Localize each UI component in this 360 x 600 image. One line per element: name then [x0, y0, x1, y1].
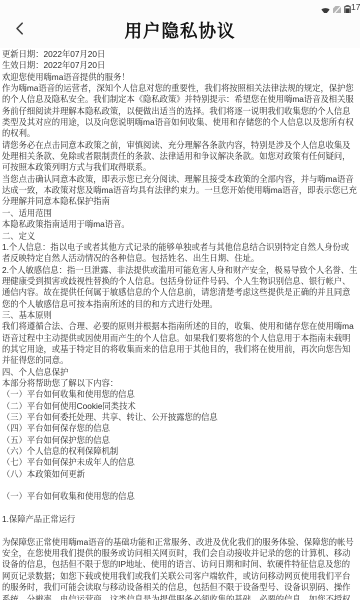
policy-line: 者反映特定自然人活动情况的各种信息。包括姓名、出生日期、住址。	[2, 253, 360, 264]
policy-line: 处理相关条款、免除或者限制责任的条款、法律适用和争议解决条款。如您对政策有任何疑…	[2, 151, 360, 162]
policy-line: 请您务必在点击同意本政策之前，审慎阅读、充分理解各条款内容，特别是涉及个人信息收…	[2, 140, 360, 151]
policy-line: 生效日期：2022年07月20日	[2, 60, 360, 71]
policy-line: 作为嗨ma语音的运营者，深知个人信息对您的重要性，我们将按照相关法律法规的规定，…	[2, 83, 360, 94]
policy-line	[2, 503, 360, 514]
status-bar: 17	[0, 0, 360, 13]
policy-line: （一）平台如何收集和使用您的信息	[2, 389, 360, 400]
policy-line: 系统、分辨率、电信运营商。这类信息是为提供服务必须收集的基础、必要的信息。如您不…	[2, 594, 360, 600]
policy-line: 1.保障产品正常运行	[2, 514, 360, 525]
policy-line: 四、个人信息保护	[2, 367, 360, 378]
policy-line: （七）平台如何保护未成年人的信息	[2, 457, 360, 468]
policy-line: 2.个人敏感信息：指一旦泄露、非法提供或滥用可能危害人身和财产安全，极易导致个人…	[2, 265, 360, 276]
policy-line: 并征得您的同意。	[2, 355, 360, 366]
policy-line: （五）平台如何保护您的信息	[2, 435, 360, 446]
policy-line: 您的个人敏感信息可按本指南所述的目的和方式进行处理。	[2, 299, 360, 310]
policy-line: 可按照本政策列明方式与我们取得联系。	[2, 162, 360, 173]
policy-line: （八）本政策如何更新	[2, 469, 360, 480]
policy-line: 欢迎您使用嗨ma语音提供的服务！	[2, 72, 360, 83]
policy-line: （二）平台如何使用Cookie同类技术	[2, 401, 360, 412]
policy-line: 1.个人信息：指以电子或者其他方式记录的能够单独或者与其他信息结合识别特定自然人…	[2, 242, 360, 253]
policy-line: 安全，在您使用我们提供的服务或访问相关网页时，我们会自动接收并记录的您的计算机、…	[2, 548, 360, 559]
policy-line: 三、基本原则	[2, 310, 360, 321]
policy-line: 一、适用范围	[2, 208, 360, 219]
policy-line	[2, 525, 360, 536]
policy-line: 的其它用途，或基于特定目的将收集而来的信息用于其他目的，我们将在使用前，再次向您…	[2, 344, 360, 355]
privacy-policy-screen: 17 用户隐私协议 更新日期：2022年07月20日生效日期：2022年07月2…	[0, 0, 360, 600]
policy-line	[2, 480, 360, 491]
policy-line: 理健康受到损害或歧视性替换的个人信息。包括身份证件号码、个人生物识别信息、银行帐…	[2, 276, 360, 287]
policy-line: 二、定义	[2, 231, 360, 242]
policy-content[interactable]: 更新日期：2022年07月20日生效日期：2022年07月20日欢迎您使用嗨ma…	[2, 49, 360, 600]
policy-line: 务前仔细阅读并理解本隐私政策，以便做出适当的选择。我们将逐一说明我们收集您的个人…	[2, 106, 360, 117]
policy-line: （一）平台如何收集和使用您的信息	[2, 491, 360, 502]
policy-line: （六）个人信息的权利保障机制	[2, 446, 360, 457]
policy-line: 网页记录数据；如您下载或使用我们或我们关联公司客户端软件，或访问移动网页使用我们…	[2, 571, 360, 582]
policy-line: 当您点击确认同意本政策，即表示您已充分阅读、理解且接受本政策的全部内容，并与嗨m…	[2, 174, 360, 185]
policy-line: 我们将遵循合法、合理、必要的原则并根据本指南所述的目的，收集、使用和储存您在使用…	[2, 321, 360, 332]
policy-line: 达成一致，本政策对您及嗨ma语音均具有法律约束力。一旦您开始使用嗨ma语音，即表…	[2, 185, 360, 196]
policy-line: 设备的信息，包括但不限于您的IP地址、使用的语言、访问日期和时间、软硬件特征信息…	[2, 559, 360, 570]
policy-line: 为保障您正常使用嗨ma语音的基础功能和正常服务、改进及优化我们的服务体验、保障您…	[2, 537, 360, 548]
page-title: 用户隐私协议	[125, 18, 236, 43]
policy-line: 本隐私政策指南适用于嗨ma语音。	[2, 219, 360, 230]
policy-line: 通信内容。故在提供任何属于敏感信息的个人信息前，请您清楚考虑这些提供是正确的并且…	[2, 287, 360, 298]
title-bar: 用户隐私协议	[0, 13, 360, 48]
policy-line: 分理解并同意本隐私保护指南	[2, 196, 360, 207]
policy-line: （三）平台如何委托处理、共享、转让、公开披露您的信息	[2, 412, 360, 423]
policy-line: 本部分将帮助您了解以下内容：	[2, 378, 360, 389]
policy-line: 的权利。	[2, 128, 360, 139]
policy-line: 类型及其对应的用途，以及向您说明嗨ma语音如何收集、使用和存储您的个人信息以及您…	[2, 117, 360, 128]
policy-line: 更新日期：2022年07月20日	[2, 49, 360, 60]
policy-line: 的个人信息及隐私安全。我们制定本《隐私政策》并特别提示：希望您在使用嗨ma语音及…	[2, 94, 360, 105]
status-time: 17	[351, 2, 360, 12]
policy-line: 的服务时，我们可能会读取与移动设备相关的信息，包括但不限于设备型号、设备识别码、…	[2, 582, 360, 593]
policy-line: 语音过程中主动提供或因使用而产生的个人信息。如果我们要将您的个人信息用于本指南未…	[2, 333, 360, 344]
policy-line: （四）平台如何保存您的信息	[2, 423, 360, 434]
chevron-left-icon	[15, 22, 24, 40]
back-button[interactable]	[6, 13, 32, 48]
